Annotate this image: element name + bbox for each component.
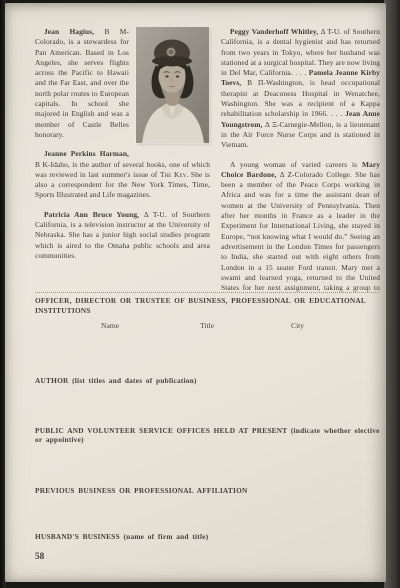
form-column-headers: Name Title City — [35, 321, 380, 331]
column-header-title: Title — [200, 321, 214, 330]
article-paragraph-jeanne-harman: Jeanne Perkins Harman, Β Κ-Idaho, is the… — [35, 149, 210, 200]
portrait-photo — [136, 27, 209, 143]
column-header-city: City — [291, 321, 304, 330]
page-right-edge-shadow — [384, 0, 400, 588]
article-paragraph-patricia-young: Patricia Ann Bruce Young, Δ Τ-U. of Sout… — [35, 210, 210, 261]
form-label-husbands-business: HUSBAND'S BUSINESS (name of firm and tit… — [35, 532, 380, 542]
stewardess-portrait-illustration — [136, 27, 209, 143]
article-paragraph-whitley-toevs-youngstrom: Peggy Vanderhoff Whitley, Δ Τ-U. of Sout… — [221, 27, 380, 151]
magazine-page: Jean Hagius, Β Μ-Colorado, is a stewarde… — [5, 3, 386, 582]
column-header-name: Name — [101, 321, 119, 330]
form-label-author: AUTHOR (list titles and dates of publica… — [35, 376, 380, 386]
form-label-previous-business: PREVIOUS BUSINESS OR PROFESSIONAL AFFILI… — [35, 486, 380, 496]
article-paragraph-mary-bardone: A young woman of varied careers is Mary … — [221, 160, 380, 292]
left-column: Jean Hagius, Β Μ-Colorado, is a stewarde… — [35, 27, 210, 292]
scanned-page-photo: Jean Hagius, Β Μ-Colorado, is a stewarde… — [0, 0, 400, 588]
section-divider-rule — [35, 292, 378, 293]
right-column: Peggy Vanderhoff Whitley, Δ Τ-U. of Sout… — [221, 27, 380, 292]
page-number: 58 — [35, 551, 380, 561]
article-columns: Jean Hagius, Β Μ-Colorado, is a stewarde… — [35, 27, 380, 292]
form-label-officer: OFFICER, DIRECTOR OR TRUSTEE OF BUSINESS… — [35, 296, 380, 315]
form-label-public-service: PUBLIC AND VOLUNTEER SERVICE OFFICES HEL… — [35, 426, 380, 445]
